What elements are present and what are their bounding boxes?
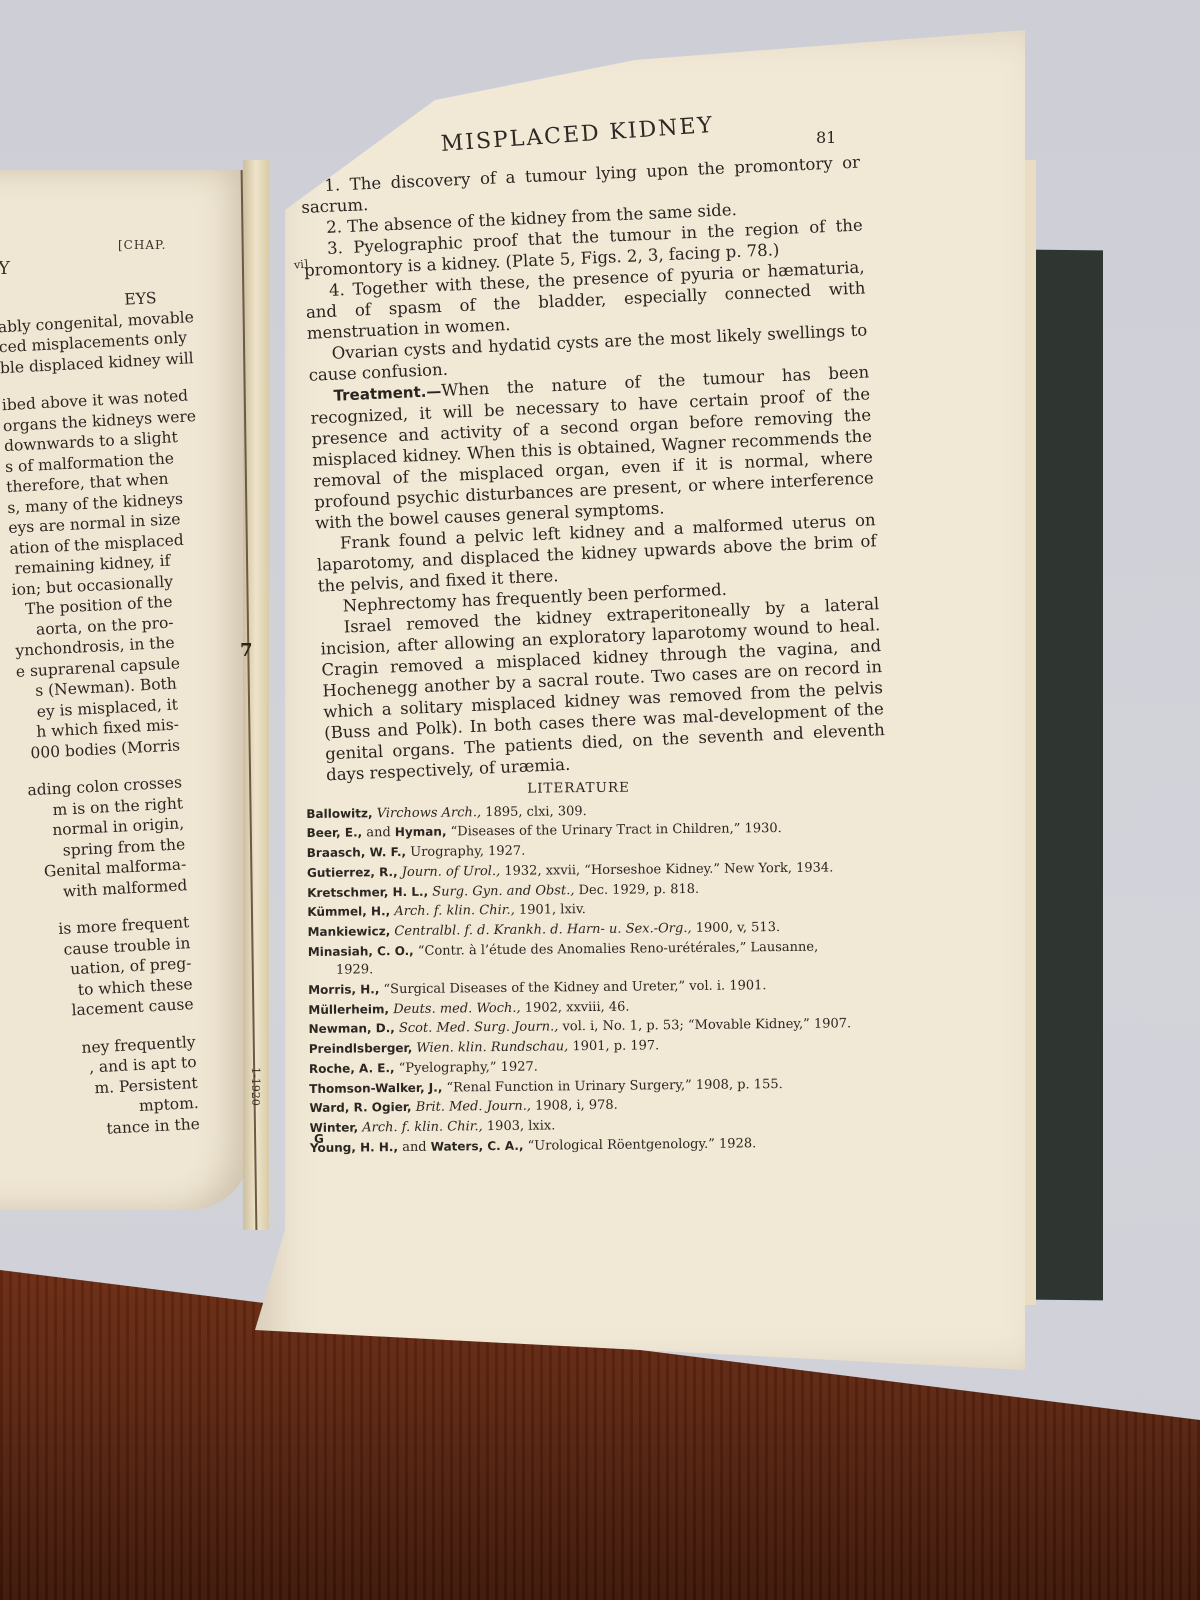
left-chapter-label: [CHAP. xyxy=(118,238,166,252)
paragraph-israel: Israel removed the kidney extraperitonea… xyxy=(319,593,886,785)
entry-journal: Surg. Gyn. and Obst., xyxy=(432,883,574,899)
entry-journal: Journ. of Urol., xyxy=(402,864,501,880)
signature-mark: G xyxy=(314,1132,324,1146)
entry-author: Mankiewicz, xyxy=(307,924,390,939)
entry-author: Braasch, W. F., xyxy=(307,845,406,860)
entry-author: Roche, A. E., xyxy=(309,1061,395,1076)
entry-journal: Scot. Med. Surg. Journ., xyxy=(399,1020,559,1037)
left-running-head-fragment: Y xyxy=(0,258,10,279)
entry-author: Kümmel, H., xyxy=(307,904,390,919)
gutter-margin-mark: 7 xyxy=(240,640,253,661)
entry-author: Kretschmer, H. L., xyxy=(307,884,428,899)
book-cover-spine xyxy=(1030,250,1103,1301)
entry-author: Ward, R. Ogier, xyxy=(309,1100,411,1115)
paragraph-treatment: Treatment.—When the nature of the tumour… xyxy=(309,361,875,533)
entry-journal: Virchows Arch., xyxy=(377,805,482,821)
entry-author: Minasiah, C. O., xyxy=(308,944,414,959)
entry-author: Ballowitz, xyxy=(306,806,372,821)
literature-list: Ballowitz, Virchows Arch., 1895, clxi, 3… xyxy=(306,799,855,1158)
entry-journal: Arch. f. klin. Chir., xyxy=(362,1119,483,1135)
literature-section: LITERATURE Ballowitz, Virchows Arch., 18… xyxy=(306,776,855,1158)
entry-journal: Arch. f. klin. Chir., xyxy=(394,903,515,919)
entry-author: Thomson-Walker, J., xyxy=(309,1080,442,1095)
entry-author: Newman, D., xyxy=(309,1022,395,1037)
treatment-heading: Treatment.— xyxy=(333,382,441,405)
main-body-text: 1. The discovery of a tumour lying upon … xyxy=(300,152,886,786)
page-number: 81 xyxy=(816,128,836,147)
gutter-handwritten-note: 1-1920 xyxy=(249,1067,262,1106)
entry-author: Beer, E., xyxy=(306,826,362,841)
literature-entry: Minasiah, C. O., “Contr. à l’étude des A… xyxy=(308,937,853,981)
entry-journal: Brit. Med. Journ., xyxy=(416,1099,531,1115)
entry-author: Gutierrez, R., xyxy=(307,865,398,880)
entry-author: Müllerheim, xyxy=(308,1002,389,1017)
entry-coauthor: Waters, C. A., xyxy=(431,1138,524,1153)
entry-coauthor: Hyman, xyxy=(395,825,447,840)
entry-author: Morris, H., xyxy=(308,982,379,997)
entry-journal: Wien. klin. Rundschau, xyxy=(416,1039,568,1056)
entry-author: Preindlsberger, xyxy=(309,1041,413,1056)
entry-journal: Centralbl. f. d. Krankh. d. Harn- u. Sex… xyxy=(394,921,691,939)
entry-journal: Deuts. med. Woch., xyxy=(393,1000,521,1016)
